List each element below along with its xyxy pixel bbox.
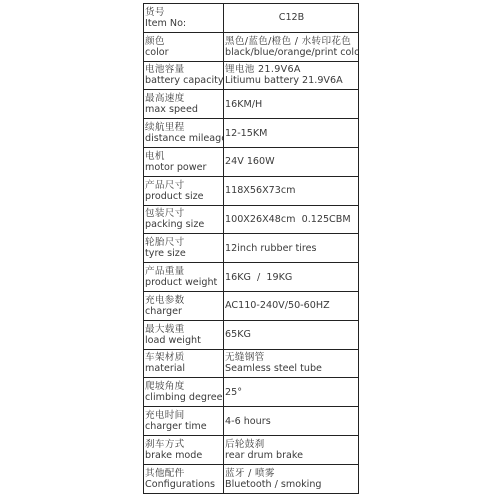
table-row-color: 颜色 color 黑色/蓝色/橙色 / 水转印花色 black/blue/ora…: [144, 32, 359, 61]
label-en: material: [145, 363, 223, 374]
label-cell: 颜色 color: [144, 32, 224, 61]
value-cn: 无缝钢管: [225, 352, 358, 363]
value-en: 16KG / 19KG: [225, 272, 358, 283]
label-cn: 产品重量: [145, 266, 223, 277]
value-en: 100X26X48cm 0.125CBM: [225, 214, 358, 225]
value-en: 25°: [225, 387, 358, 398]
value-en: Bluetooth / smoking: [225, 479, 358, 490]
label-en: color: [145, 47, 223, 58]
table-row-charger-time: 充电时间 charger time 4-6 hours: [144, 407, 359, 436]
value-cell: 16KM/H: [224, 90, 359, 119]
label-cell: 充电时间 charger time: [144, 407, 224, 436]
label-cell: 最大载重 load weight: [144, 320, 224, 349]
value-en: C12B: [225, 12, 358, 23]
label-en: packing size: [145, 219, 223, 230]
value-en: 118X56X73cm: [225, 185, 358, 196]
label-en: charger: [145, 306, 223, 317]
label-en: battery capacity: [145, 75, 223, 86]
table-row-climbing-degree: 爬坡角度 climbing degree 25°: [144, 378, 359, 407]
label-cn: 货号: [145, 7, 223, 18]
value-cell: 118X56X73cm: [224, 176, 359, 205]
label-en: product weight: [145, 277, 223, 288]
spec-table-body: 货号 Item No: C12B 颜色 color 黑色/蓝色/橙色 / 水转印…: [144, 4, 359, 494]
label-en: Configurations: [145, 479, 223, 490]
label-cell: 产品重量 product weight: [144, 263, 224, 292]
table-row-distance-mileage: 续航里程 distance mileage 12-15KM: [144, 119, 359, 148]
table-row-product-weight: 产品重量 product weight 16KG / 19KG: [144, 263, 359, 292]
value-cell: 后轮鼓刹 rear drum brake: [224, 435, 359, 464]
label-cn: 电机: [145, 151, 223, 162]
label-cn: 包装尺寸: [145, 208, 223, 219]
label-cell: 续航里程 distance mileage: [144, 119, 224, 148]
label-en: load weight: [145, 335, 223, 346]
label-cell: 刹车方式 brake mode: [144, 435, 224, 464]
value-en: rear drum brake: [225, 450, 358, 461]
value-en: 24V 160W: [225, 156, 358, 167]
label-en: climbing degree: [145, 392, 223, 403]
table-row-tyre-size: 轮胎尺寸 tyre size 12inch rubber tires: [144, 234, 359, 263]
label-en: product size: [145, 191, 223, 202]
label-en: max speed: [145, 104, 223, 115]
table-row-max-speed: 最高速度 max speed 16KM/H: [144, 90, 359, 119]
label-cn: 颜色: [145, 36, 223, 47]
value-cell: 锂电池 21.9V6A Litiumu battery 21.9V6A: [224, 61, 359, 90]
label-en: brake mode: [145, 450, 223, 461]
value-en: 4-6 hours: [225, 416, 358, 427]
table-row-brake-mode: 刹车方式 brake mode 后轮鼓刹 rear drum brake: [144, 435, 359, 464]
label-cn: 最大载重: [145, 324, 223, 335]
value-cell: 16KG / 19KG: [224, 263, 359, 292]
label-cell: 电机 motor power: [144, 147, 224, 176]
table-row-load-weight: 最大载重 load weight 65KG: [144, 320, 359, 349]
label-cell: 充电参数 charger: [144, 291, 224, 320]
value-cell: 25°: [224, 378, 359, 407]
label-en: tyre size: [145, 248, 223, 259]
label-cn: 轮胎尺寸: [145, 237, 223, 248]
value-cell: 24V 160W: [224, 147, 359, 176]
value-en: 12inch rubber tires: [225, 243, 358, 254]
value-cn: 黑色/蓝色/橙色 / 水转印花色: [225, 36, 358, 47]
value-cell: 12inch rubber tires: [224, 234, 359, 263]
table-row-battery-capacity: 电池容量 battery capacity 锂电池 21.9V6A Litium…: [144, 61, 359, 90]
label-cn: 爬坡角度: [145, 381, 223, 392]
label-cell: 产品尺寸 product size: [144, 176, 224, 205]
label-en: Item No:: [145, 18, 223, 29]
value-en: black/blue/orange/print color: [225, 47, 358, 58]
table-row-configurations: 其他配件 Configurations 蓝牙 / 喷雾 Bluetooth / …: [144, 464, 359, 493]
value-cell: AC110-240V/50-60HZ: [224, 291, 359, 320]
value-cell: 4-6 hours: [224, 407, 359, 436]
value-cell: 无缝钢管 Seamless steel tube: [224, 349, 359, 378]
label-en: distance mileage: [145, 133, 223, 144]
table-row-product-size: 产品尺寸 product size 118X56X73cm: [144, 176, 359, 205]
table-row-charger: 充电参数 charger AC110-240V/50-60HZ: [144, 291, 359, 320]
value-cell: 12-15KM: [224, 119, 359, 148]
label-cell: 包装尺寸 packing size: [144, 205, 224, 234]
value-cn: 后轮鼓刹: [225, 439, 358, 450]
label-en: motor power: [145, 162, 223, 173]
label-cn: 其他配件: [145, 468, 223, 479]
label-en: charger time: [145, 421, 223, 432]
label-cn: 最高速度: [145, 93, 223, 104]
spec-table: 货号 Item No: C12B 颜色 color 黑色/蓝色/橙色 / 水转印…: [143, 3, 359, 494]
value-en: 12-15KM: [225, 128, 358, 139]
label-cn: 续航里程: [145, 122, 223, 133]
label-cell: 轮胎尺寸 tyre size: [144, 234, 224, 263]
value-en: AC110-240V/50-60HZ: [225, 300, 358, 311]
label-cell: 车架材质 material: [144, 349, 224, 378]
value-en: Seamless steel tube: [225, 363, 358, 374]
value-cell: 100X26X48cm 0.125CBM: [224, 205, 359, 234]
value-en: 16KM/H: [225, 99, 358, 110]
value-cell: C12B: [224, 4, 359, 33]
label-cell: 电池容量 battery capacity: [144, 61, 224, 90]
value-cn: 蓝牙 / 喷雾: [225, 468, 358, 479]
table-row-item-no: 货号 Item No: C12B: [144, 4, 359, 33]
table-row-material: 车架材质 material 无缝钢管 Seamless steel tube: [144, 349, 359, 378]
label-cell: 货号 Item No:: [144, 4, 224, 33]
label-cn: 充电时间: [145, 410, 223, 421]
label-cell: 最高速度 max speed: [144, 90, 224, 119]
table-row-motor-power: 电机 motor power 24V 160W: [144, 147, 359, 176]
label-cn: 刹车方式: [145, 439, 223, 450]
label-cn: 电池容量: [145, 64, 223, 75]
value-cell: 65KG: [224, 320, 359, 349]
value-cn: 锂电池 21.9V6A: [225, 64, 358, 75]
value-cell: 黑色/蓝色/橙色 / 水转印花色 black/blue/orange/print…: [224, 32, 359, 61]
table-row-packing-size: 包装尺寸 packing size 100X26X48cm 0.125CBM: [144, 205, 359, 234]
label-cell: 爬坡角度 climbing degree: [144, 378, 224, 407]
label-cell: 其他配件 Configurations: [144, 464, 224, 493]
value-en: Litiumu battery 21.9V6A: [225, 75, 358, 86]
value-cell: 蓝牙 / 喷雾 Bluetooth / smoking: [224, 464, 359, 493]
value-en: 65KG: [225, 329, 358, 340]
label-cn: 产品尺寸: [145, 180, 223, 191]
label-cn: 充电参数: [145, 295, 223, 306]
label-cn: 车架材质: [145, 352, 223, 363]
